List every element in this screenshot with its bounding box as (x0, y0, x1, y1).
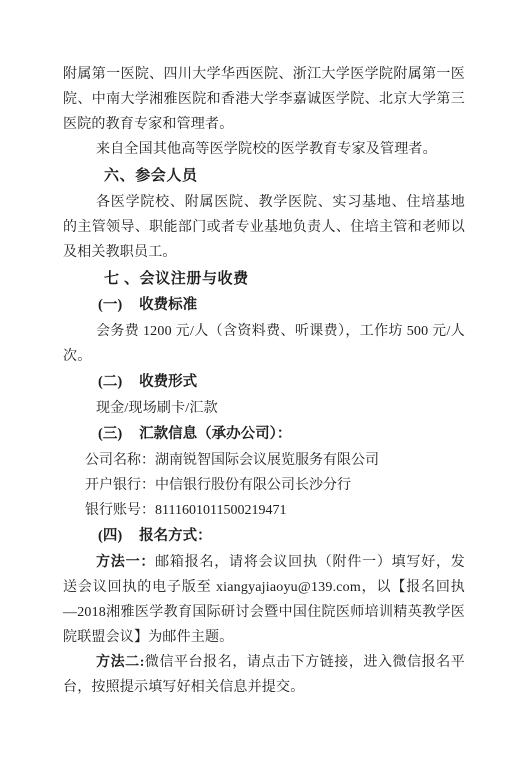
bank-account-line: 银行账号：8111601011500219471 (63, 498, 465, 523)
heading-fee-standard: (一)收费标准 (63, 293, 465, 318)
subsection-number-1: (一) (98, 293, 122, 318)
subsection-title-remittance-info: 汇款信息（承办公司）： (139, 426, 291, 442)
method-1-label: 方法一： (96, 555, 155, 570)
paragraph-method-1-email: 方法一：邮箱报名，请将会议回执（附件一）填写好，发送会议回执的电子版至 xian… (63, 550, 465, 650)
subsection-number-3: (三) (98, 422, 122, 447)
subsection-number-4: (四) (98, 524, 122, 549)
heading-remittance-info: (三)汇款信息（承办公司）： (63, 422, 465, 447)
heading-payment-forms: (二)收费形式 (63, 370, 465, 395)
subsection-title-registration-methods: 报名方式： (139, 528, 212, 544)
paragraph-participants: 各医学院校、附属医院、教学医院、实习基地、住培基地的主管领导、职能部门或者专业基… (63, 190, 465, 265)
paragraph-hospital-experts: 附属第一医院、四川大学华西医院、浙江大学医学院附属第一医院、中南大学湘雅医院和香… (63, 62, 465, 137)
heading-section-7-registration-fees: 七 、会议注册与收费 (63, 267, 465, 292)
heading-section-6-participants: 六、参会人员 (63, 164, 465, 189)
paragraph-fee-amounts: 会务费 1200 元/人（含资料费、听课费），工作坊 500 元/人次。 (63, 319, 465, 369)
document-content: 附属第一医院、四川大学华西医院、浙江大学医学院附属第一医院、中南大学湘雅医院和香… (0, 0, 529, 700)
bank-name-line: 开户银行：中信银行股份有限公司长沙分行 (63, 473, 465, 498)
subsection-title-payment-forms: 收费形式 (139, 374, 197, 390)
method-2-label: 方法二: (96, 655, 145, 670)
paragraph-payment-options: 现金/现场刷卡/汇款 (63, 396, 465, 421)
company-name-line: 公司名称：湖南锐智国际会议展览服务有限公司 (63, 448, 465, 473)
document-page: 附属第一医院、四川大学华西医院、浙江大学医学院附属第一医院、中南大学湘雅医院和香… (0, 0, 529, 763)
heading-registration-methods: (四)报名方式： (63, 524, 465, 549)
paragraph-other-experts: 来自全国其他高等医学院校的医学教育专家及管理者。 (63, 137, 465, 162)
subsection-title-fee-standard: 收费标准 (139, 297, 197, 313)
paragraph-method-2-wechat: 方法二:微信平台报名，请点击下方链接，进入微信报名平台，按照提示填写好相关信息并… (63, 650, 465, 700)
subsection-number-2: (二) (98, 370, 122, 395)
